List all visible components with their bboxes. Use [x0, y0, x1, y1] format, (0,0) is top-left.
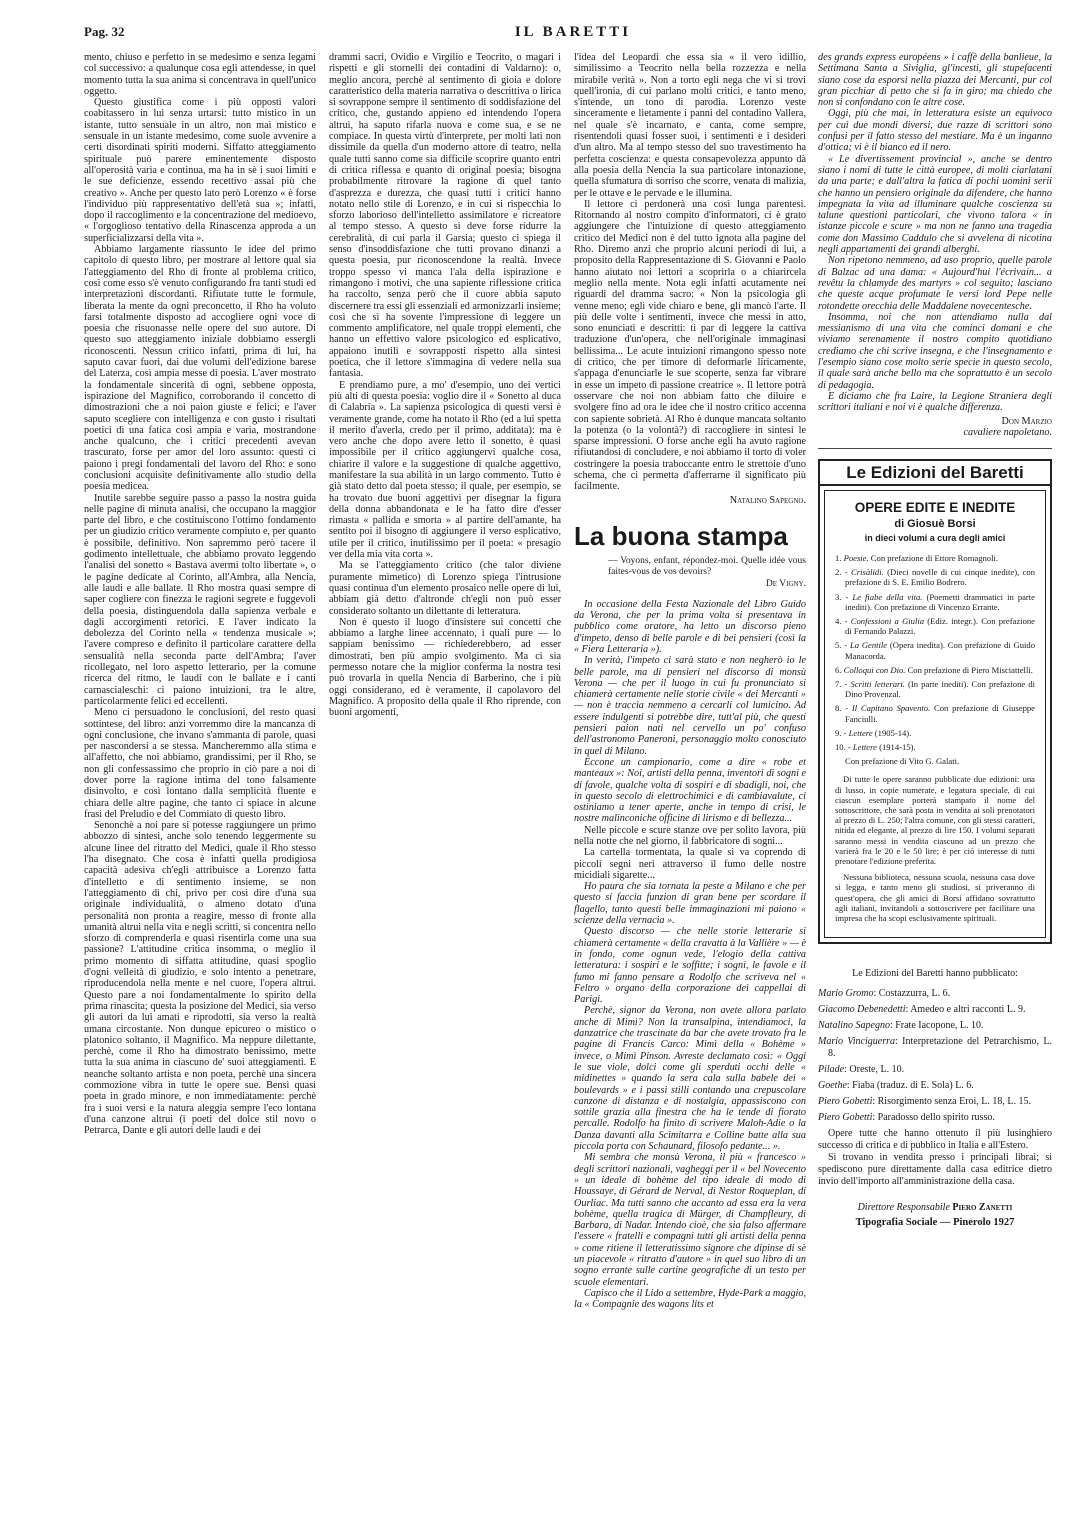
volume-item: 8. - Il Capitano Spavento. Con prefazion…	[835, 703, 1035, 723]
paragraph: mento, chiuso e perfetto in se medesimo …	[84, 52, 316, 97]
publication-item: Mario Gromo: Costazzurra, L. 6.	[818, 988, 1052, 1000]
volume-item: 9. - Lettere (1905-14).	[835, 728, 1035, 738]
letters-preface: Con prefazione di Vito G. Galati.	[835, 756, 1035, 766]
advertisement-box: Le Edizioni del Baretti OPERE EDITE E IN…	[818, 459, 1052, 944]
director-line: Direttore Responsabile Piero Zanetti	[818, 1202, 1052, 1213]
paragraph: Ho paura che sia tornata la peste a Mila…	[574, 881, 806, 926]
column-4: des grands express européens » i caffè d…	[818, 52, 1052, 1228]
publication-item: Giacomo Debenedetti: Amedeo e altri racc…	[818, 1004, 1052, 1016]
paragraph: Perchè, signor da Verona, non avete allo…	[574, 1005, 806, 1152]
volume-item: 6. Colloqui con Dio. Con prefazione di P…	[835, 665, 1035, 675]
paragraph: In occasione della Festa Nazionale del L…	[574, 599, 806, 655]
advertisement-header: Le Edizioni del Baretti	[820, 461, 1050, 486]
printer-line: Tipografia Sociale — Pinerolo 1927	[818, 1217, 1052, 1228]
article-title: La buona stampa	[574, 520, 806, 552]
paragraph: Insomma, noi che non attendiamo nulla da…	[818, 312, 1052, 391]
paragraph: Oggi, più che mai, in letteratura esiste…	[818, 108, 1052, 153]
article-signature-role: cavaliere napoletano.	[818, 427, 1052, 438]
paragraph: E diciamo che fra Laire, la Legione Stra…	[818, 391, 1052, 414]
appeal-note: Nessuna biblioteca, nessuna scuola, ness…	[835, 872, 1035, 923]
epigraph-author: De Vigny.	[574, 579, 806, 590]
paragraph: « Le divertissement provincial », anche …	[818, 154, 1052, 256]
volume-item: 1. Poesie. Con prefazione di Ettore Roma…	[835, 553, 1035, 563]
volume-item: 4. - Confessioni a Giulia (Ediz. integr.…	[835, 616, 1035, 636]
paragraph: Nelle piccole e scure stanze ove per sol…	[574, 825, 806, 848]
paragraph: Eccone un campionario, come a dire « rob…	[574, 757, 806, 825]
volume-list: 1. Poesie. Con prefazione di Ettore Roma…	[835, 553, 1035, 752]
volume-item: 2. - Crisàlidi. (Dieci novelle di cui ci…	[835, 567, 1035, 587]
paragraph: Abbiamo largamente riassunto le idee del…	[84, 244, 316, 493]
editions-note: Di tutte le opere saranno pubblicate due…	[835, 774, 1035, 866]
volume-item: 5. - La Gentile (Opera inedita). Con pre…	[835, 640, 1035, 660]
advertisement-body: OPERE EDITE E INEDITE di Giosuè Borsi in…	[824, 490, 1046, 938]
paragraph: drammi sacri, Ovidio e Virgilio e Teocri…	[329, 52, 561, 380]
article-signature: Natalino Sapegno.	[574, 495, 806, 506]
paragraph: La cartella tormentata, la quale si va c…	[574, 847, 806, 881]
publication-item: Pilade: Oreste, L. 10.	[818, 1064, 1052, 1076]
paragraph: E prendiamo pure, a mo' d'esempio, uno d…	[329, 380, 561, 561]
advertisement-title: OPERE EDITE E INEDITE	[835, 503, 1035, 513]
epigraph: — Voyons, enfant, répondez-moi. Quelle i…	[574, 556, 806, 579]
paragraph: Questo discorso — che nelle storie lette…	[574, 926, 806, 1005]
publication-item: Natalino Sapegno: Frate Iacopone, L. 10.	[818, 1020, 1052, 1032]
publication-item: Piero Gobetti: Paradosso dello spirito r…	[818, 1112, 1052, 1124]
page-header: Pag. 32 IL BARETTI	[84, 24, 1062, 44]
paragraph: Meno ci persuadono le conclusioni, del r…	[84, 707, 316, 820]
masthead: IL BARETTI	[84, 24, 1062, 41]
sales-note: Si trovano in vendita presso i principal…	[818, 1152, 1052, 1188]
volume-item: 3. - Le fiabe della vita. (Poemetti dram…	[835, 592, 1035, 612]
publications-list: Mario Gromo: Costazzurra, L. 6.Giacomo D…	[818, 988, 1052, 1124]
paragraph: Il lettore ci perdonerà una così lunga p…	[574, 199, 806, 493]
director-label: Direttore Responsabile	[858, 1202, 950, 1213]
paragraph: Non è questo il luogo d'insistere sui co…	[329, 617, 561, 719]
volume-item: 7. - Scritti letterari. (In parte inedit…	[835, 679, 1035, 699]
volume-item: 10. - Lettere (1914-15).	[835, 742, 1035, 752]
paragraph: Ma se l'atteggiamento critico (che talor…	[329, 560, 561, 616]
divider	[818, 448, 1052, 449]
publication-item: Piero Gobetti: Risorgimento senza Eroi, …	[818, 1096, 1052, 1108]
paragraph: Mi sembra che monsù Verona, il più « fra…	[574, 1152, 806, 1288]
publication-item: Goethe: Fiaba (traduz. di E. Sola) L. 6.	[818, 1080, 1052, 1092]
advertisement-subtitle: in dieci volumi a cura degli amici	[835, 533, 1035, 543]
column-3: l'idea del Leopardi che essa sia « il ve…	[574, 52, 806, 1310]
paragraph: des grands express européens » i caffè d…	[818, 52, 1052, 108]
paragraph: Inutile sarebbe seguire passo a passo la…	[84, 493, 316, 708]
advertisement-author: di Giosuè Borsi	[835, 519, 1035, 529]
paragraph: l'idea del Leopardi che essa sia « il ve…	[574, 52, 806, 199]
publications-heading: Le Edizioni del Baretti hanno pubblicato…	[818, 968, 1052, 979]
column-2: drammi sacri, Ovidio e Virgilio e Teocri…	[329, 52, 561, 719]
success-note: Opere tutte che hanno ottenuto il più lu…	[818, 1128, 1052, 1152]
column-1: mento, chiuso e perfetto in se medesimo …	[84, 52, 316, 1137]
director-name: Piero Zanetti	[952, 1202, 1012, 1213]
paragraph: Senonchè a noi pare si potesse raggiunge…	[84, 820, 316, 1136]
paragraph: Non ripetono nemmeno, ad uso proprio, qu…	[818, 255, 1052, 311]
paragraph: In verità, l'impeto ci sarà stato e non …	[574, 655, 806, 757]
paragraph: Questo giustifica come i più opposti val…	[84, 97, 316, 244]
article-signature: Don Marzio	[818, 416, 1052, 427]
publication-item: Mario Vinciguerra: Interpretazione del P…	[818, 1036, 1052, 1060]
paragraph: Capisco che il Lido a settembre, Hyde-Pa…	[574, 1288, 806, 1311]
